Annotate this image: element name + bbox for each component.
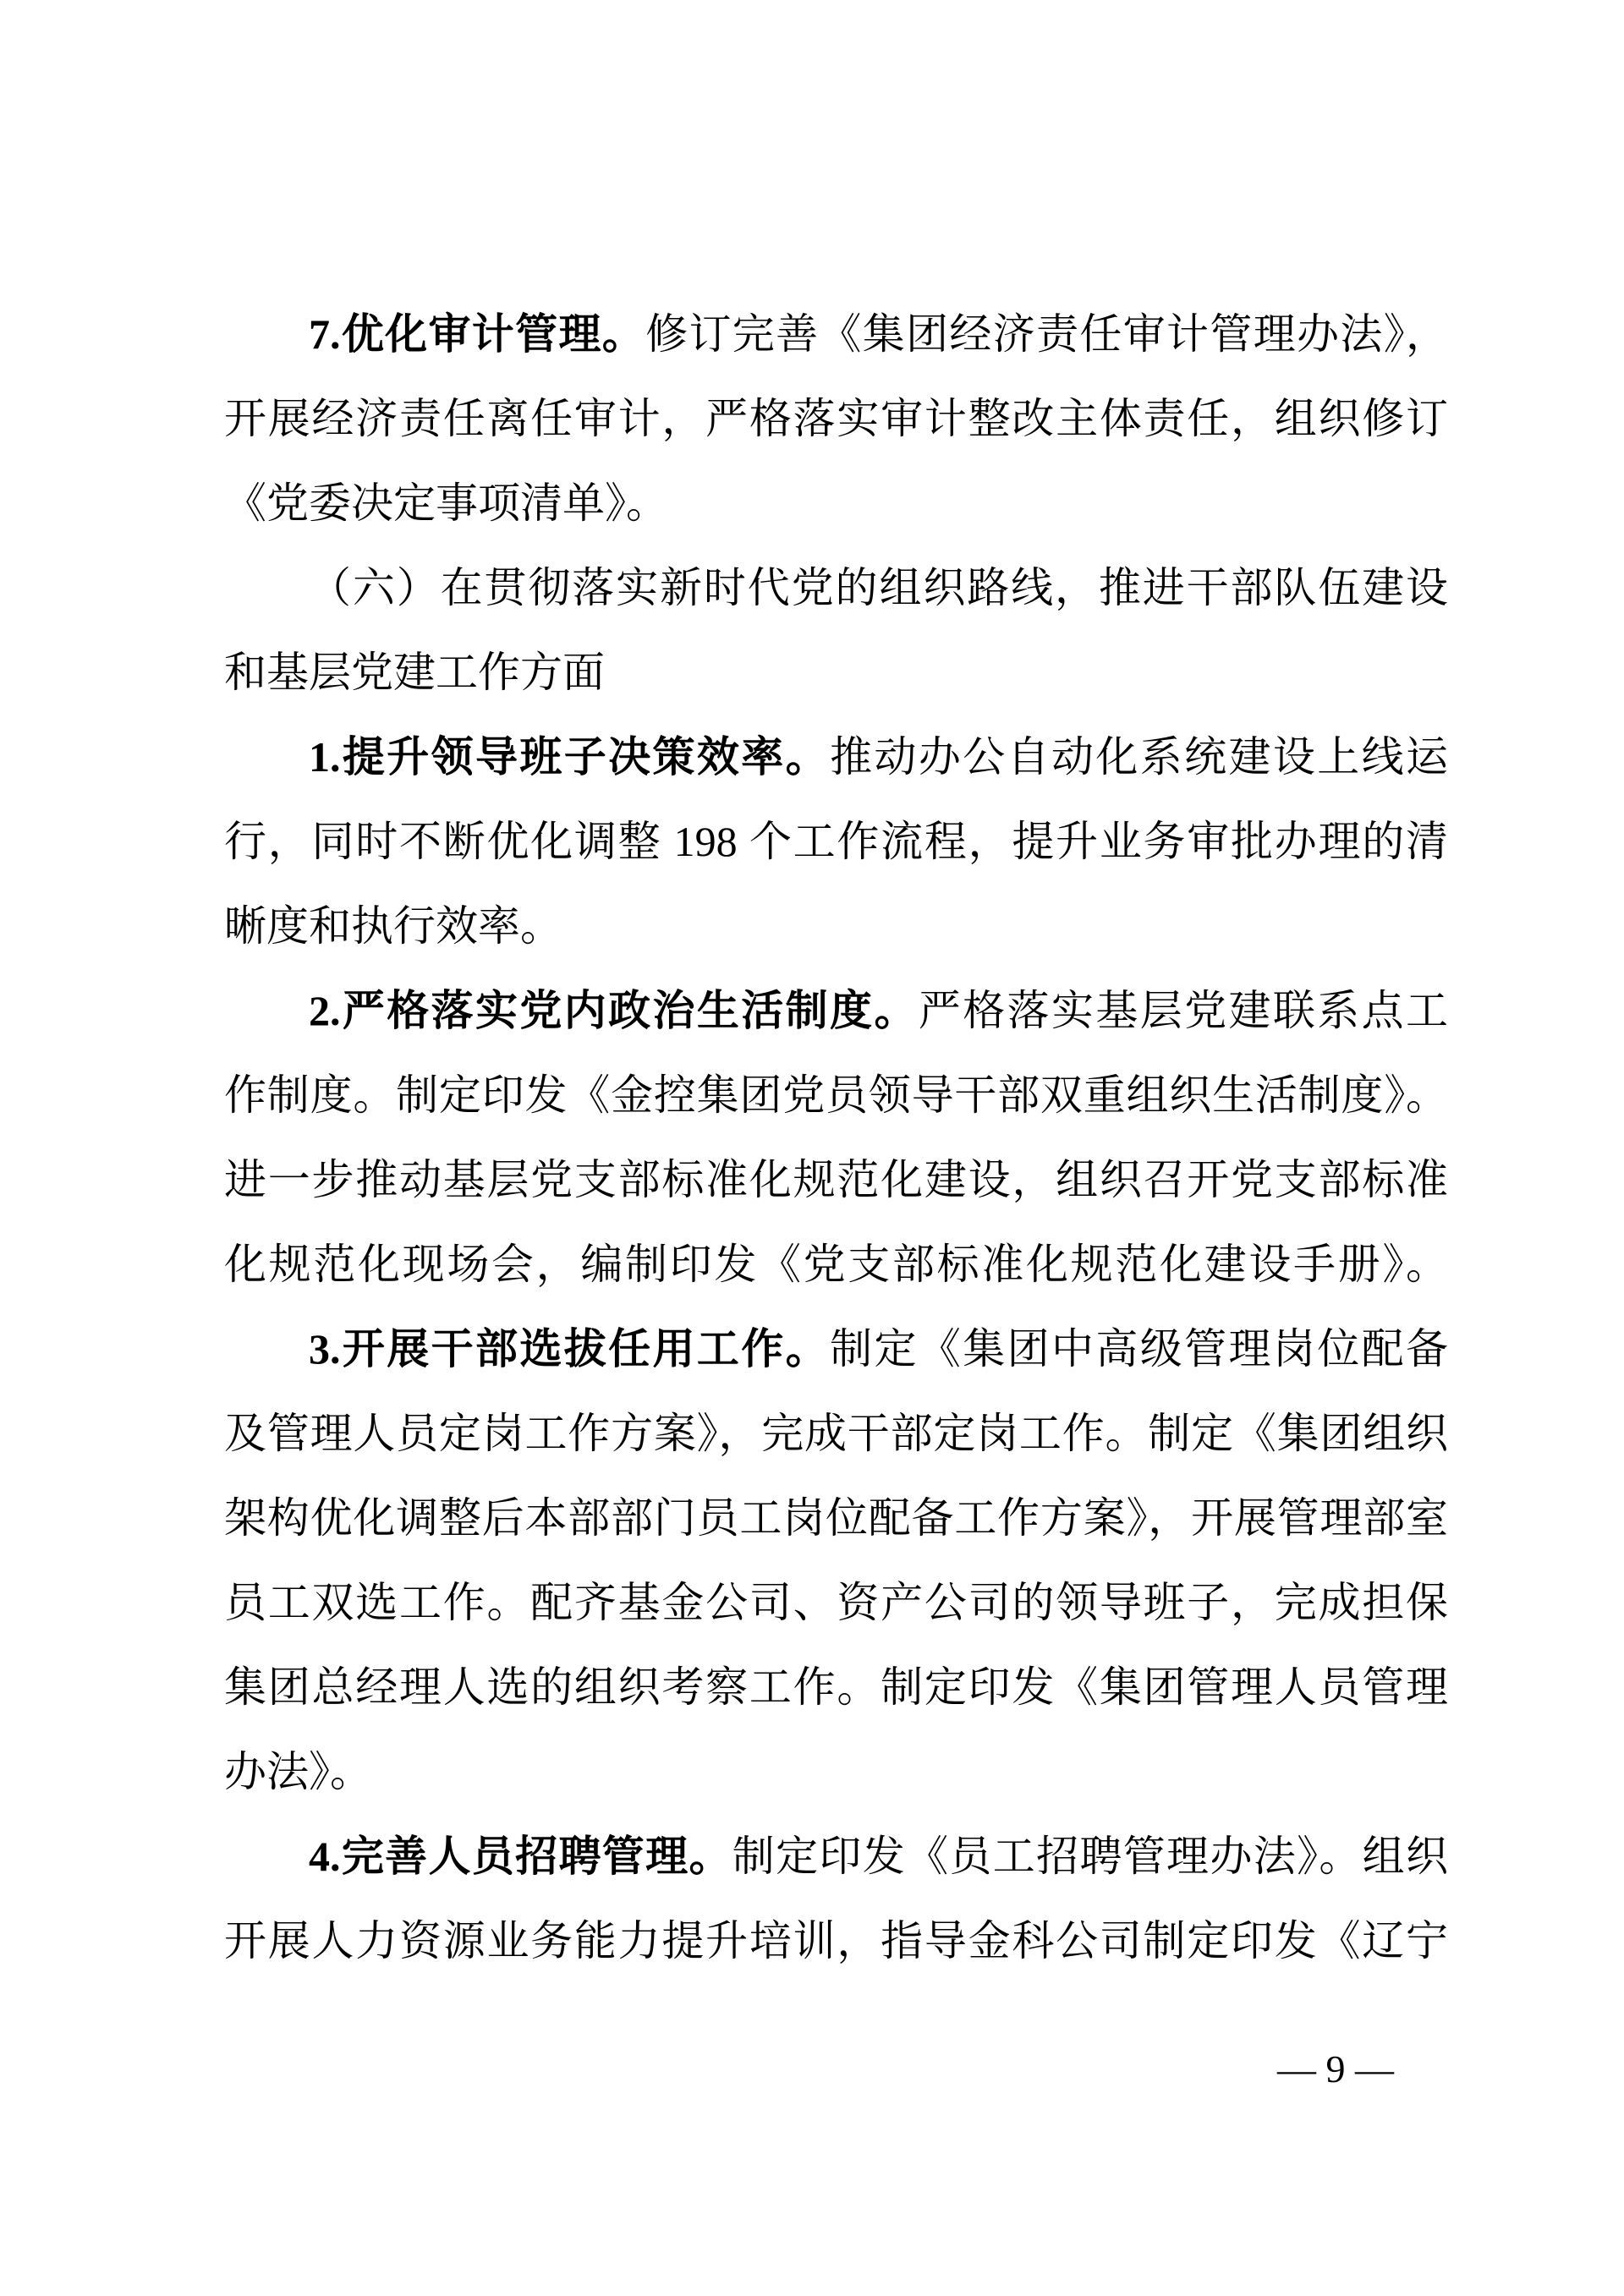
body-text: 集团总经理人选的组织考察工作。制定印发《集团管理人员管理 xyxy=(224,1663,1448,1711)
text-line: 架构优化调整后本部部门员工岗位配备工作方案》，开展管理部室 xyxy=(224,1476,1448,1560)
body-text: 办法》。 xyxy=(224,1748,372,1795)
body-text: 进一步推动基层党支部标准化规范化建设，组织召开党支部标准 xyxy=(224,1156,1448,1203)
section-heading-text: （六）在贯彻落实新时代党的组织路线，推进干部队伍建设 xyxy=(309,564,1448,611)
body-text: 严格落实基层党建联系点工 xyxy=(919,987,1448,1034)
body-text: 制定《集团中高级管理岗位配备 xyxy=(830,1325,1448,1373)
text-line: 作制度。制定印发《金控集团党员领导干部双重组织生活制度》。 xyxy=(224,1053,1448,1137)
text-line: 晰度和执行效率。 xyxy=(224,884,1448,968)
paragraph-lead-bold: 1.提升领导班子决策效率。 xyxy=(309,733,830,781)
section-heading-text: 和基层党建工作方面 xyxy=(224,649,605,696)
body-text: 开展经济责任离任审计，严格落实审计整改主体责任，组织修订 xyxy=(224,395,1448,442)
page-number: — 9 — xyxy=(1277,2040,1394,2099)
text-line: 1.提升领导班子决策效率。推动办公自动化系统建设上线运 xyxy=(224,715,1448,799)
body-text: 及管理人员定岗工作方案》，完成干部定岗工作。制定《集团组织 xyxy=(224,1410,1448,1457)
text-line: 3.开展干部选拔任用工作。制定《集团中高级管理岗位配备 xyxy=(224,1307,1448,1391)
body-text: 晰度和执行效率。 xyxy=(224,902,562,950)
text-line: 行，同时不断优化调整 198 个工作流程，提升业务审批办理的清 xyxy=(224,799,1448,884)
body-text: 推动办公自动化系统建设上线运 xyxy=(830,733,1448,781)
body-text: 化规范化现场会，编制印发《党支部标准化规范化建设手册》。 xyxy=(224,1241,1448,1288)
text-line: 化规范化现场会，编制印发《党支部标准化规范化建设手册》。 xyxy=(224,1222,1448,1307)
text-line: 员工双选工作。配齐基金公司、资产公司的领导班子，完成担保 xyxy=(224,1560,1448,1645)
body-text: 开展人力资源业务能力提升培训，指导金科公司制定印发《辽宁 xyxy=(224,1917,1448,1964)
text-line: 2.严格落实党内政治生活制度。严格落实基层党建联系点工 xyxy=(224,968,1448,1053)
text-line: 进一步推动基层党支部标准化规范化建设，组织召开党支部标准 xyxy=(224,1137,1448,1222)
document-page: 7.优化审计管理。修订完善《集团经济责任审计管理办法》，开展经济责任离任审计，严… xyxy=(0,0,1624,2296)
body-text: 架构优化调整后本部部门员工岗位配备工作方案》，开展管理部室 xyxy=(224,1494,1448,1542)
text-line: 办法》。 xyxy=(224,1729,1448,1814)
paragraph-lead-bold: 3.开展干部选拔任用工作。 xyxy=(309,1325,830,1373)
paragraph-lead-bold: 4.完善人员招聘管理。 xyxy=(309,1833,732,1880)
body-text: 制定印发《员工招聘管理办法》。组织 xyxy=(732,1833,1448,1880)
paragraph-lead-bold: 2.严格落实党内政治生活制度。 xyxy=(309,987,919,1034)
body-text: 作制度。制定印发《金控集团党员领导干部双重组织生活制度》。 xyxy=(224,1071,1448,1119)
paragraph-lead-bold: 7.优化审计管理。 xyxy=(309,310,645,358)
body-text: 《党委决定事项清单》。 xyxy=(224,479,668,527)
text-line: 开展人力资源业务能力提升培训，指导金科公司制定印发《辽宁 xyxy=(224,1899,1448,1983)
text-line: 《党委决定事项清单》。 xyxy=(224,461,1448,545)
text-line: 及管理人员定岗工作方案》，完成干部定岗工作。制定《集团组织 xyxy=(224,1391,1448,1476)
text-line: 和基层党建工作方面 xyxy=(224,630,1448,715)
text-line: （六）在贯彻落实新时代党的组织路线，推进干部队伍建设 xyxy=(224,545,1448,630)
body-text: 员工双选工作。配齐基金公司、资产公司的领导班子，完成担保 xyxy=(224,1579,1448,1626)
text-line: 开展经济责任离任审计，严格落实审计整改主体责任，组织修订 xyxy=(224,376,1448,461)
text-line: 4.完善人员招聘管理。制定印发《员工招聘管理办法》。组织 xyxy=(224,1814,1448,1899)
body-text: 行，同时不断优化调整 198 个工作流程，提升业务审批办理的清 xyxy=(224,818,1448,865)
body-text: 修订完善《集团经济责任审计管理办法》， xyxy=(645,310,1448,358)
text-line: 7.优化审计管理。修订完善《集团经济责任审计管理办法》， xyxy=(224,292,1448,376)
document-body: 7.优化审计管理。修订完善《集团经济责任审计管理办法》，开展经济责任离任审计，严… xyxy=(224,292,1448,1983)
text-line: 集团总经理人选的组织考察工作。制定印发《集团管理人员管理 xyxy=(224,1645,1448,1729)
